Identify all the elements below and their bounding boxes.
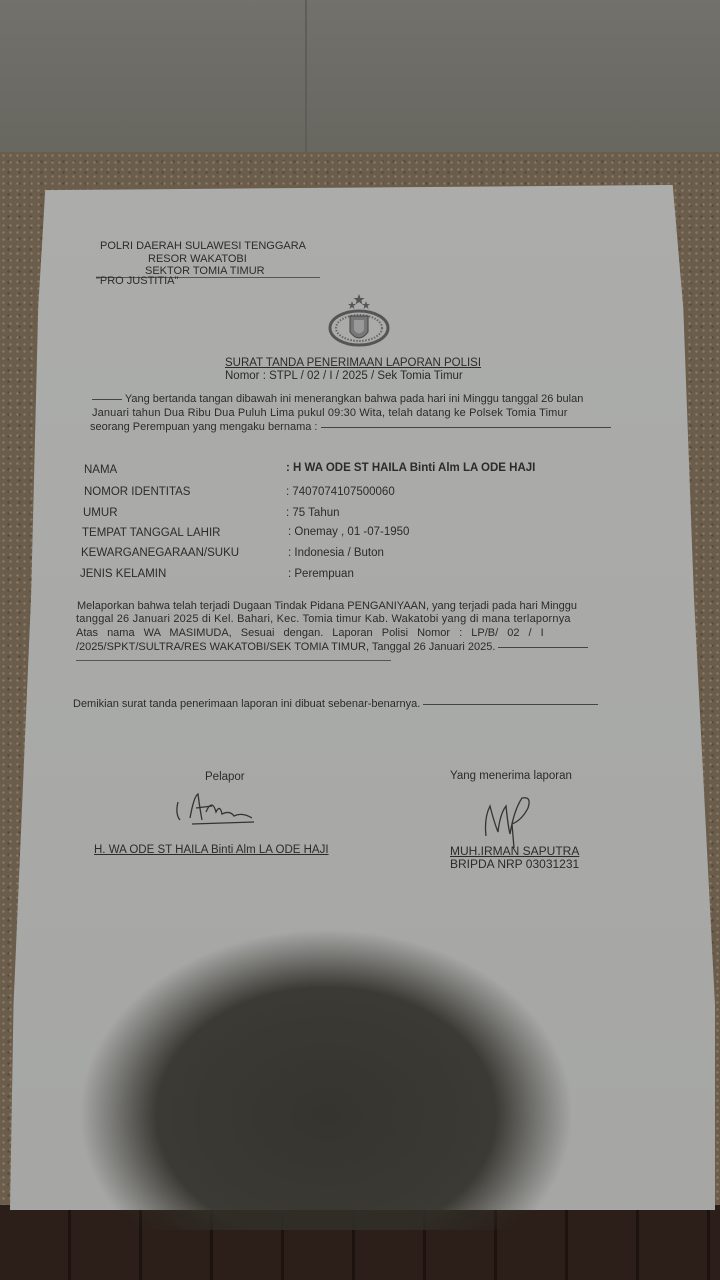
dash-line xyxy=(92,399,122,400)
field-label-nama: NAMA xyxy=(84,464,117,476)
field-label-kewarganegaraan: KEWARGANEGARAAN/SUKU xyxy=(81,547,239,559)
field-value-nomor-identitas: : 7407074107500060 xyxy=(286,486,395,498)
police-emblem-icon xyxy=(328,292,390,348)
report-line4-text: /2025/SPKT/SULTRA/RES WAKATOBI/SEK TOMIA… xyxy=(76,641,495,653)
photographer-shadow xyxy=(35,900,595,1230)
receiver-name: MUH.IRMAN SAPUTRA xyxy=(450,844,579,858)
letterhead-line1: POLRI DAERAH SULAWESI TENGGARA xyxy=(100,240,306,252)
receiver-signature-icon xyxy=(478,792,543,850)
dash-line xyxy=(321,427,611,428)
receiver-role: Yang menerima laporan xyxy=(450,770,572,782)
field-value-kewarganegaraan: : Indonesia / Buton xyxy=(288,547,384,559)
intro-line3: seorang Perempuan yang mengaku bernama : xyxy=(90,421,611,433)
receiver-rank-nrp: BRIPDA NRP 03031231 xyxy=(450,857,579,871)
letterhead-line2: RESOR WAKATOBI xyxy=(148,253,247,265)
intro-line1: Yang bertanda tangan dibawah ini meneran… xyxy=(92,393,583,405)
document-number: Nomor : STPL / 02 / I / 2025 / Sek Tomia… xyxy=(225,370,463,382)
dash-line xyxy=(498,647,588,648)
field-label-umur: UMUR xyxy=(83,507,118,519)
report-trailing-line xyxy=(76,660,391,661)
reporter-name: H. WA ODE ST HAILA Binti Alm LA ODE HAJI xyxy=(94,844,329,856)
intro-line1-text: Yang bertanda tangan dibawah ini meneran… xyxy=(125,393,583,405)
document-title: SURAT TANDA PENERIMAAN LAPORAN POLISI xyxy=(225,357,481,369)
report-line2: tanggal 26 Januari 2025 di Kel. Bahari, … xyxy=(76,613,571,625)
field-value-jenis-kelamin: : Perempuan xyxy=(288,568,354,580)
field-value-nama: : H WA ODE ST HAILA Binti Alm LA ODE HAJ… xyxy=(286,462,535,474)
intro-line3-text: seorang Perempuan yang mengaku bernama : xyxy=(90,421,317,433)
intro-line2: Januari tahun Dua Ribu Dua Puluh Lima pu… xyxy=(92,407,568,419)
report-line3: Atas nama WA MASIMUDA, Sesuai dengan. La… xyxy=(76,627,544,639)
field-label-ttl: TEMPAT TANGGAL LAHIR xyxy=(82,527,220,539)
field-label-jenis-kelamin: JENIS KELAMIN xyxy=(80,568,166,580)
letterhead-motto: "PRO JUSTITIA" xyxy=(96,275,178,287)
closing-text: Demikian surat tanda penerimaan laporan … xyxy=(73,698,420,710)
closing-statement: Demikian surat tanda penerimaan laporan … xyxy=(73,698,598,710)
reporter-role: Pelapor xyxy=(205,771,245,783)
field-label-nomor-identitas: NOMOR IDENTITAS xyxy=(84,486,190,498)
report-line4: /2025/SPKT/SULTRA/RES WAKATOBI/SEK TOMIA… xyxy=(76,641,588,653)
report-line1: Melaporkan bahwa telah terjadi Dugaan Ti… xyxy=(77,600,577,612)
field-value-umur: : 75 Tahun xyxy=(286,507,340,519)
reporter-signature-icon xyxy=(172,790,267,830)
dash-line xyxy=(423,704,598,705)
background-wall xyxy=(0,0,720,160)
wall-seam xyxy=(305,0,307,160)
field-value-ttl: : Onemay , 01 -07-1950 xyxy=(288,526,409,538)
